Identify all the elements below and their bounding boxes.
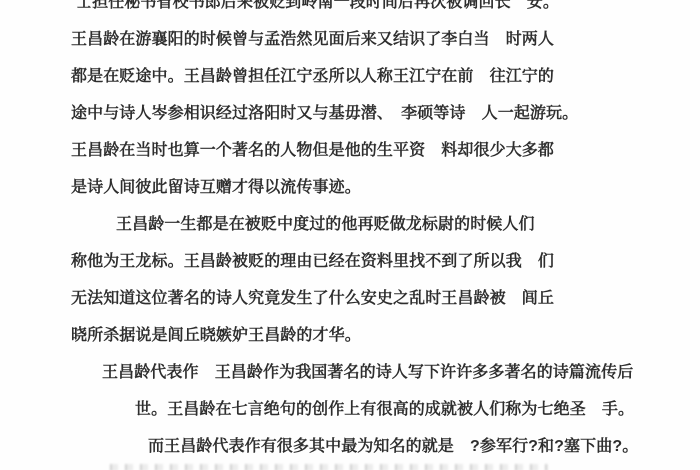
text-line-paragraph-start: 王昌龄一生都是在被贬中度过的他再贬做龙标尉的时候人们: [116, 215, 535, 235]
text-line: 是诗人间彼此留诗互赠才得以流传事迹。: [71, 178, 361, 198]
text-line-cropped-top: 士担任秘书省校书郎后来被贬到岭南一段时间后再次被调回长 安。: [76, 0, 559, 13]
text-line-content: 王昌龄一生都是在被贬中度过的他再贬做龙标尉的时候人们: [116, 216, 535, 233]
text-line-content: 晓所杀据说是闾丘晓嫉妒王昌龄的才华。: [71, 327, 361, 344]
text-line-content: 王昌龄在当时也算一个著名的人物但是他的生平资 料却很少大多都: [71, 142, 554, 159]
text-line-content: 王昌龄在游襄阳的时候曾与孟浩然见面后来又结识了李白当 时两人: [71, 31, 554, 48]
text-line-content: 是诗人间彼此留诗互赠才得以流传事迹。: [71, 179, 361, 196]
text-line: 晓所杀据说是闾丘晓嫉妒王昌龄的才华。: [71, 326, 361, 346]
text-line-content: 王昌龄作为我国著名的诗人写下许许多多著名的诗篇流传后: [199, 364, 634, 381]
document-page: 士担任秘书省校书郎后来被贬到岭南一段时间后再次被调回长 安。 王昌龄在游襄阳的时…: [0, 0, 700, 470]
text-line-content: 而王昌龄代表作有很多其中最为知名的就是 ?参军行?和?塞下曲?。: [148, 438, 638, 455]
text-line: 无法知道这位著名的诗人究竟发生了什么安史之乱时王昌龄被 闾丘: [71, 289, 554, 309]
text-line-content: 都是在贬途中。王昌龄曾担任江宁丞所以人称王江宁在前 往江宁的: [71, 68, 554, 85]
text-line-content: 称他为王龙标。王昌龄被贬的理由已经在资料里找不到了所以我 们: [71, 253, 554, 270]
cutoff-text-line: [110, 464, 548, 470]
text-line: 而王昌龄代表作有很多其中最为知名的就是 ?参军行?和?塞下曲?。: [148, 437, 638, 457]
text-line-content: 世。王昌龄在七言绝句的创作上有很高的成就被人们称为七绝圣 手。: [135, 401, 634, 418]
text-line: 称他为王龙标。王昌龄被贬的理由已经在资料里找不到了所以我 们: [71, 252, 554, 272]
text-line-content: 士担任秘书省校书郎后来被贬到岭南一段时间后再次被调回长 安。: [76, 0, 559, 11]
inline-heading: 王昌龄代表作: [102, 364, 199, 381]
text-line-with-heading: 王昌龄代表作 王昌龄作为我国著名的诗人写下许许多多著名的诗篇流传后: [102, 363, 633, 383]
text-line: 途中与诗人岑参相识经过洛阳时又与基毋潜、 李硕等诗 人一起游玩。: [71, 104, 578, 124]
text-line: 王昌龄在游襄阳的时候曾与孟浩然见面后来又结识了李白当 时两人: [71, 30, 554, 50]
text-line: 都是在贬途中。王昌龄曾担任江宁丞所以人称王江宁在前 往江宁的: [71, 67, 554, 87]
text-line-content: 途中与诗人岑参相识经过洛阳时又与基毋潜、 李硕等诗 人一起游玩。: [71, 105, 578, 122]
text-line: 世。王昌龄在七言绝句的创作上有很高的成就被人们称为七绝圣 手。: [135, 400, 634, 420]
text-line-content: 无法知道这位著名的诗人究竟发生了什么安史之乱时王昌龄被 闾丘: [71, 290, 554, 307]
text-line: 王昌龄在当时也算一个著名的人物但是他的生平资 料却很少大多都: [71, 141, 554, 161]
